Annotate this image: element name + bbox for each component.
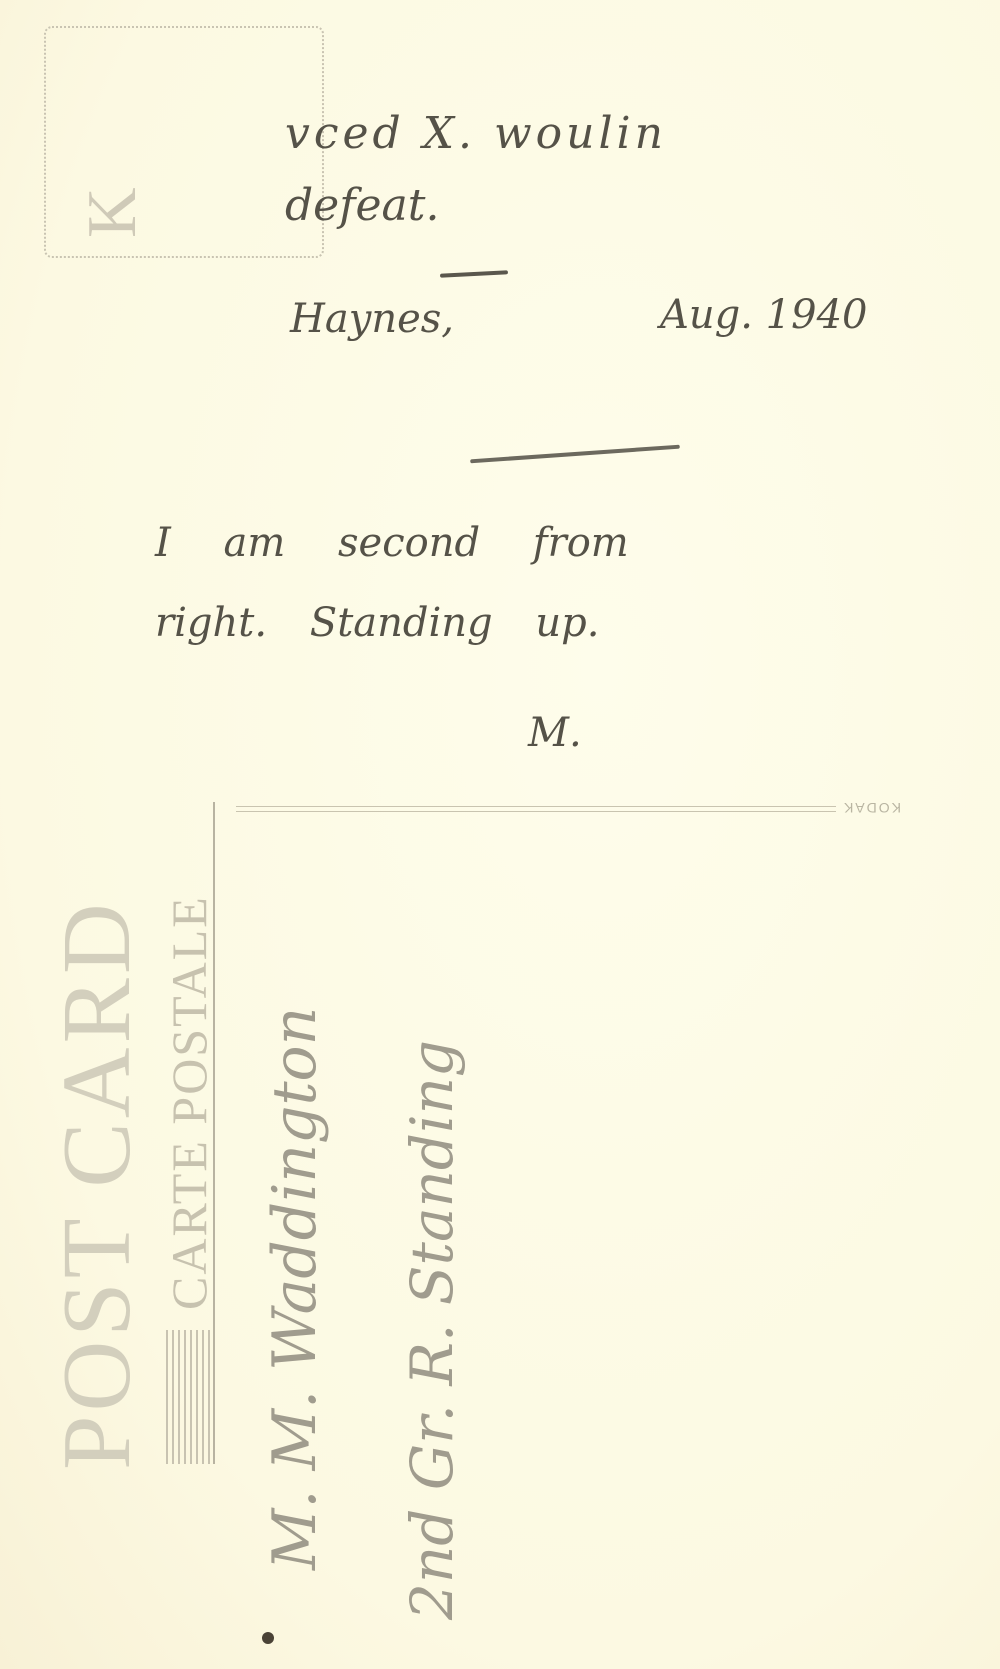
decorative-lines — [166, 1330, 212, 1464]
address-line-1: M. M. Waddington — [260, 1007, 330, 1570]
address-line-2: 2nd Gr. R. Standing — [398, 1040, 466, 1620]
stamp-box-logo-k: K — [78, 187, 148, 238]
carte-postale-subtitle: CARTE POSTALE — [164, 895, 214, 1310]
ink-spot — [262, 1632, 274, 1644]
postcard-back: K vced X. woulin defeat. Haynes, Aug. 19… — [0, 0, 1000, 1669]
message-signature: M. — [528, 710, 582, 756]
post-card-title: POST CARD — [48, 899, 146, 1470]
horizontal-divider — [236, 806, 836, 812]
message-line-4: I am second from — [155, 520, 629, 566]
message-line-2: defeat. — [285, 180, 439, 231]
separator-line — [470, 445, 680, 464]
message-place: Haynes, — [290, 296, 454, 342]
message-date: Aug. 1940 — [660, 292, 867, 338]
message-line-5: right. Standing up. — [155, 600, 599, 646]
message-line-1: vced X. woulin — [285, 108, 667, 159]
separator-dash — [440, 270, 508, 278]
kodak-mark: KODAK — [842, 800, 901, 816]
